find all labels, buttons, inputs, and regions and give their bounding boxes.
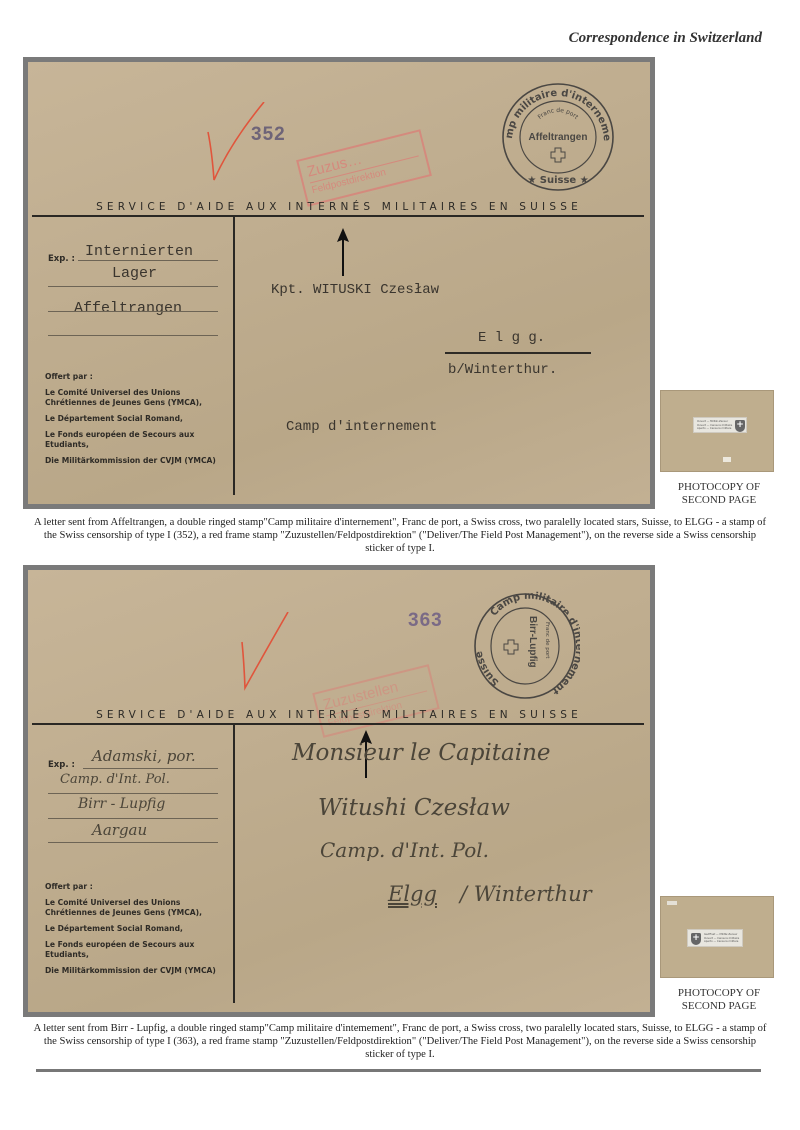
recipient-line-2: Witushi Czesław	[318, 795, 510, 821]
recipient-district: b/Winterthur.	[448, 362, 557, 378]
recipient-line-3: Camp. d'Int. Pol.	[320, 838, 489, 862]
divider	[32, 215, 644, 217]
swiss-shield-icon: +	[691, 933, 701, 945]
service-heading: SERVICE D'AIDE AUX INTERNÉS MILITAIRES E…	[28, 709, 650, 721]
address-underline	[445, 352, 591, 354]
offered-by-entry: Le Comité Universel des Unions Chrétienn…	[45, 898, 223, 918]
sender-line-2: Camp. d'Int. Pol.	[60, 772, 170, 787]
recipient-note: Camp d'internement	[286, 419, 437, 435]
sender-line-1: Adamski, por.	[92, 747, 196, 765]
sender-line-3: Affeltrangen	[74, 300, 182, 317]
sender-label: Exp. :	[48, 254, 75, 264]
censorship-sticker: Ouvert — Militär-Zensur Ouvert — Censure…	[693, 417, 747, 433]
swiss-shield-icon: +	[735, 420, 745, 432]
divider	[48, 311, 218, 312]
divider	[233, 215, 235, 495]
divider	[48, 286, 218, 287]
envelope-front-1: 352 Zuzus… Feldpostdirektion Camp milita…	[28, 62, 650, 504]
stamp-inner-text: Franc de port	[544, 622, 550, 659]
red-check-mark-icon	[240, 612, 300, 692]
censorship-number-stamp: 363	[408, 610, 443, 632]
letter-1-caption: A letter sent from Affeltrangen, a doubl…	[30, 516, 770, 555]
offered-by-entry: Le Fonds européen de Secours aux Etudian…	[45, 940, 223, 960]
recipient-name: Kpt. WITUSKI Czesław	[271, 282, 439, 298]
tape-mark	[723, 457, 731, 462]
censorship-number-stamp: 352	[251, 124, 286, 146]
stamp-place-name: Birr-Lupfig	[527, 616, 538, 668]
offered-by-entry: Le Comité Universel des Unions Chrétienn…	[45, 388, 223, 408]
photocopy-label-1: PHOTOCOPY OF SECOND PAGE	[654, 481, 784, 507]
stamp-inner-text: Franc de port	[537, 107, 580, 121]
divider	[32, 723, 644, 725]
recipient-town: E l g g.	[478, 330, 545, 346]
camp-postmark-stamp: Camp militaire d'internement Suisse Birr…	[470, 590, 580, 702]
footer-divider	[36, 1069, 761, 1072]
photocopy-reverse-2: + Geöffnet — Militär-Zensur Ouvert — Cen…	[660, 896, 774, 978]
offered-by-entry: Le Département Social Romand,	[45, 924, 223, 934]
arrow-up-icon	[336, 228, 350, 276]
sender-line-2: Lager	[112, 265, 157, 282]
envelope-front-2: 363 Zuzustellen Feldpostdirektion Camp m…	[28, 570, 650, 1012]
divider	[48, 793, 218, 794]
red-frame-stamp: Zuzustellen Feldpostdirektion	[312, 664, 440, 738]
offered-by-entry: Die Militärkommission der CVJM (YMCA)	[45, 456, 223, 466]
offered-by-title: Offert par :	[45, 882, 223, 892]
svg-text:Franc de port: Franc de port	[537, 107, 580, 121]
offered-by-entry: Die Militärkommission der CVJM (YMCA)	[45, 966, 223, 976]
photocopy-reverse-1: Ouvert — Militär-Zensur Ouvert — Censure…	[660, 390, 774, 472]
recipient-town: Elgg	[388, 882, 437, 906]
letter-1-frame: 352 Zuzus… Feldpostdirektion Camp milita…	[23, 57, 655, 509]
offered-by-title: Offert par :	[45, 372, 223, 382]
camp-postmark-stamp: Camp militaire d'internement Franc de po…	[498, 80, 618, 194]
offered-by-entry: Le Département Social Romand,	[45, 414, 223, 424]
page-title: Correspondence in Switzerland	[540, 30, 762, 47]
stamp-bottom-text: ★ Suisse ★	[527, 175, 588, 186]
sender-line-3: Birr - Lupfig	[78, 796, 165, 812]
divider	[78, 260, 218, 261]
sender-line-4: Aargau	[92, 821, 147, 839]
recipient-district: / Winterthur	[460, 882, 592, 906]
censorship-sticker: + Geöffnet — Militär-Zensur Ouvert — Cen…	[687, 929, 743, 947]
tape-mark	[667, 901, 677, 905]
offered-by-block: Offert par : Le Comité Universel des Uni…	[45, 882, 223, 982]
swiss-cross-icon	[551, 148, 565, 162]
offered-by-entry: Le Fonds européen de Secours aux Etudian…	[45, 430, 223, 450]
divider	[48, 335, 218, 336]
recipient-line-1: Monsieur le Capitaine	[292, 740, 551, 766]
stamp-place-name: Affeltrangen	[529, 132, 588, 143]
red-frame-stamp: Zuzus… Feldpostdirektion	[296, 129, 432, 207]
divider	[233, 723, 235, 1003]
sender-label: Exp. :	[48, 760, 75, 770]
divider	[83, 768, 218, 769]
service-heading: SERVICE D'AIDE AUX INTERNÉS MILITAIRES E…	[28, 201, 650, 213]
offered-by-block: Offert par : Le Comité Universel des Uni…	[45, 372, 223, 472]
sender-line-1: Internierten	[85, 243, 193, 260]
letter-2-frame: 363 Zuzustellen Feldpostdirektion Camp m…	[23, 565, 655, 1017]
letter-2-caption: A letter sent from Birr - Lupfig, a doub…	[30, 1022, 770, 1061]
divider	[48, 842, 218, 843]
swiss-cross-icon	[504, 640, 518, 654]
divider	[48, 818, 218, 819]
photocopy-label-2: PHOTOCOPY OF SECOND PAGE	[654, 987, 784, 1013]
